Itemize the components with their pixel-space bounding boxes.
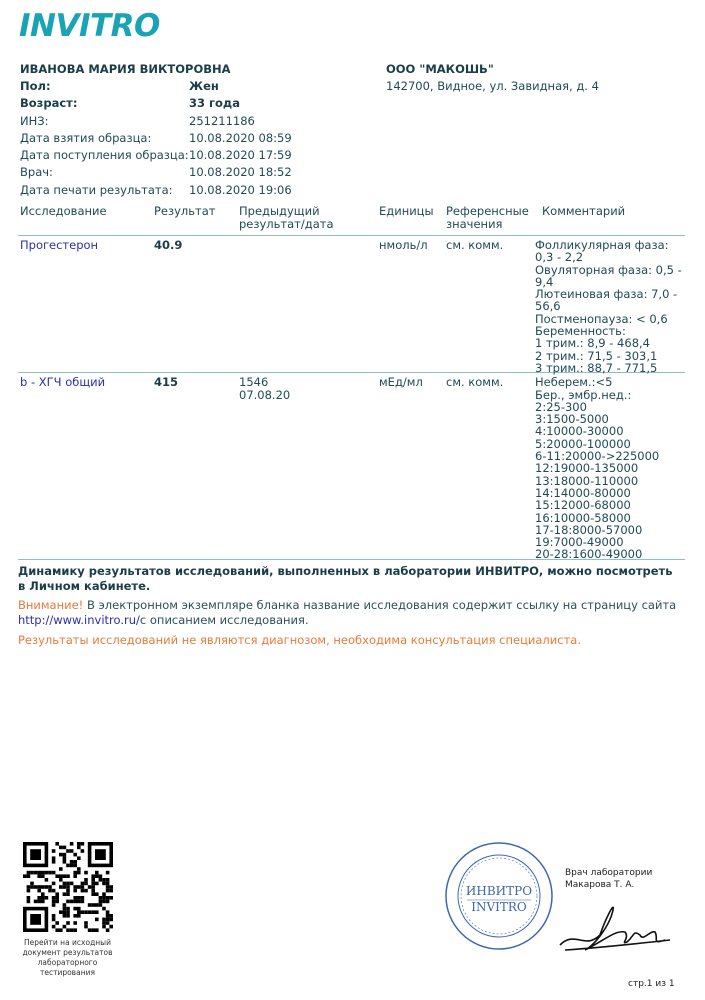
header-reference: Референсные значения xyxy=(446,205,531,231)
invitro-link[interactable]: http://www.invitro.ru/ xyxy=(18,613,140,627)
header-units: Единицы xyxy=(379,205,434,218)
qr-code[interactable] xyxy=(23,842,113,932)
patient-field: ИНЗ:251211186 xyxy=(20,113,360,130)
patient-field: Дата поступления образца:10.08.2020 17:5… xyxy=(20,147,360,164)
header-comment: Комментарий xyxy=(542,205,692,218)
results-table: Исследование Результат Предыдущий резуль… xyxy=(18,205,685,560)
field-label: Пол: xyxy=(20,78,189,95)
test-name-link[interactable]: Прогестерон xyxy=(20,239,98,251)
field-label: Дата печати результата: xyxy=(20,182,189,199)
field-label: ИНЗ: xyxy=(20,113,189,130)
patient-field: Дата взятия образца:10.08.2020 08:59 xyxy=(20,130,360,147)
patient-field: Пол:Жен xyxy=(20,78,360,95)
patient-field: Врач:10.08.2020 18:52 xyxy=(20,164,360,181)
svg-text:ИНВИТРО: ИНВИТРО xyxy=(466,884,532,898)
comment-line: 20-28:1600-49000 xyxy=(535,548,683,560)
table-row: Прогестерон40.9нмоль/лсм. комм.Фолликуля… xyxy=(18,236,685,373)
result-value: 415 xyxy=(154,376,178,388)
dynamics-note: Динамику результатов исследований, выпол… xyxy=(18,564,678,594)
field-label: Дата поступления образца: xyxy=(20,147,189,164)
field-value: 10.08.2020 08:59 xyxy=(189,130,292,147)
organization-address: 142700, Видное, ул. Завидная, д. 4 xyxy=(386,78,599,95)
comment-line: Неберем.:<5 xyxy=(535,376,683,388)
disclaimer: Результаты исследований не являются диаг… xyxy=(18,633,581,647)
doctor-signature-block: Врач лаборатории Макарова Т. А. xyxy=(565,867,652,891)
warning-label: Внимание! xyxy=(18,598,83,612)
result-value: 40.9 xyxy=(154,239,182,251)
invitro-logo: INVITRO xyxy=(19,8,160,44)
svg-text:INVITRO: INVITRO xyxy=(471,900,527,914)
warning-note: Внимание! В электронном экземпляре бланк… xyxy=(18,598,678,628)
field-label: Дата взятия образца: xyxy=(20,130,189,147)
organization-name: ООО "МАКОШЬ" xyxy=(386,61,599,78)
field-value: Жен xyxy=(189,78,219,95)
comment-line: 1 трим.: 8,9 - 468,4 xyxy=(535,337,683,349)
field-value: 251211186 xyxy=(189,113,255,130)
field-value: 33 года xyxy=(189,95,240,112)
comment-line: 16:10000-58000 xyxy=(535,512,683,524)
comment: Неберем.:<5Бер., эмбр.нед.:2:25-3003:150… xyxy=(535,376,683,561)
page-number: стр.1 из 1 xyxy=(628,979,675,989)
field-value: 10.08.2020 19:06 xyxy=(189,182,292,199)
reference-values: см. комм. xyxy=(446,239,503,251)
header-result: Результат xyxy=(154,205,216,218)
patient-field: Возраст:33 года xyxy=(20,95,360,112)
comment-line: Овуляторная фаза: 0,5 - 9,4 xyxy=(535,264,683,289)
field-value: 10.08.2020 18:52 xyxy=(189,164,292,181)
table-row: b - ХГЧ общий4151546 07.08.20мЕд/млсм. к… xyxy=(18,373,685,559)
patient-name: ИВАНОВА МАРИЯ ВИКТОРОВНА xyxy=(20,61,360,78)
lab-stamp-icon: ИНВИТРО INVITRO xyxy=(443,840,555,952)
previous-result: 1546 07.08.20 xyxy=(239,376,290,401)
qr-caption: Перейти на исходный документ результатов… xyxy=(10,938,125,978)
doctor-title: Врач лаборатории xyxy=(565,867,652,879)
comment-line: Лютеиновая фаза: 7,0 - 56,6 xyxy=(535,288,683,313)
test-name-link[interactable]: b - ХГЧ общий xyxy=(20,376,105,388)
units: мЕд/мл xyxy=(379,376,423,388)
patient-field: Дата печати результата:10.08.2020 19:06 xyxy=(20,182,360,199)
header-previous: Предыдущий результат/дата xyxy=(239,205,349,231)
comment-line: 4:10000-30000 xyxy=(535,425,683,437)
field-value: 10.08.2020 17:59 xyxy=(189,147,292,164)
field-label: Врач: xyxy=(20,164,189,181)
comment: Фолликулярная фаза: 0,3 - 2,2Овуляторная… xyxy=(535,239,683,375)
comment-line: Бер., эмбр.нед.: xyxy=(535,389,683,401)
signature-icon xyxy=(555,890,675,960)
units: нмоль/л xyxy=(379,239,428,251)
field-label: Возраст: xyxy=(20,95,189,112)
patient-info: ИВАНОВА МАРИЯ ВИКТОРОВНА Пол:ЖенВозраст:… xyxy=(20,61,360,199)
warning-text: В электронном экземпляре бланка название… xyxy=(83,598,676,612)
organization-info: ООО "МАКОШЬ" 142700, Видное, ул. Завидна… xyxy=(386,61,599,95)
warning-tail: с описанием исследования. xyxy=(140,613,309,627)
comment-line: 12:19000-135000 xyxy=(535,462,683,474)
table-header: Исследование Результат Предыдущий резуль… xyxy=(18,205,685,236)
comment-line: 15:12000-68000 xyxy=(535,499,683,511)
reference-values: см. комм. xyxy=(446,376,503,388)
header-test: Исследование xyxy=(20,205,107,218)
comment-line: Фолликулярная фаза: 0,3 - 2,2 xyxy=(535,239,683,264)
